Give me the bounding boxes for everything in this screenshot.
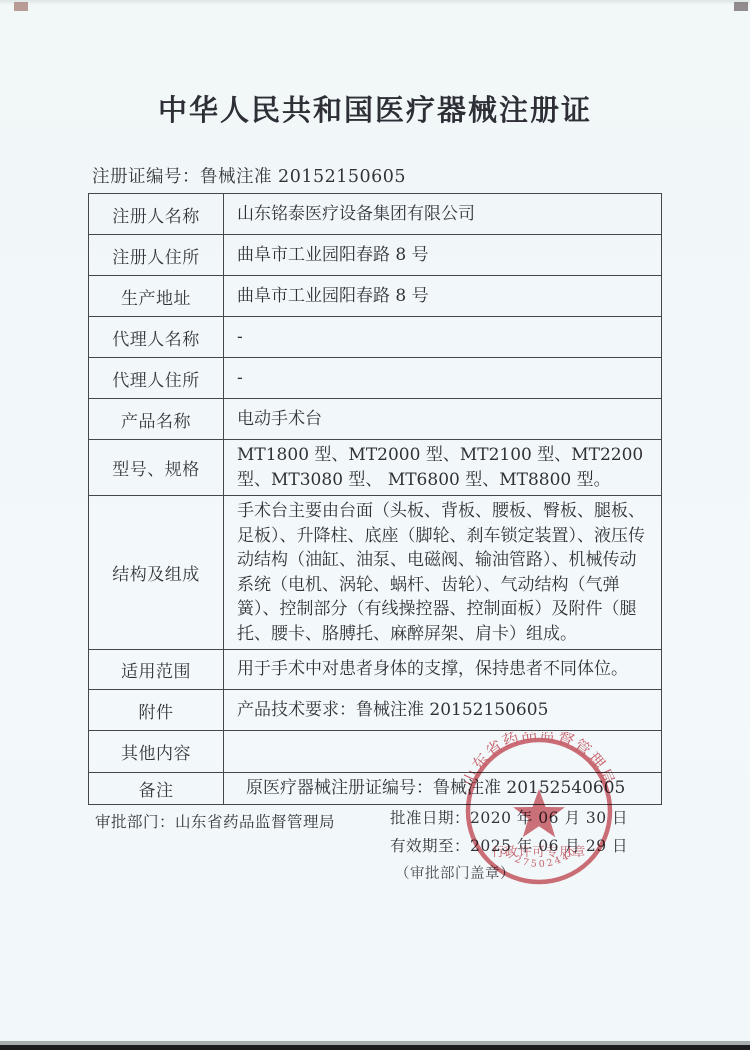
scan-edge-top	[0, 0, 750, 5]
registration-number-value: 鲁械注准 20152150605	[200, 167, 406, 187]
table-row: 注册人名称 山东铭泰医疗设备集团有限公司	[89, 194, 662, 235]
table-row: 适用范围 用于手术中对患者身体的支撑，保持患者不同体位。	[89, 650, 662, 690]
row-label: 注册人名称	[89, 194, 224, 235]
scan-edge-bottom-dark	[0, 1045, 750, 1050]
row-value: 曲阜市工业园阳春路 8 号	[224, 276, 662, 317]
table-row: 产品名称 电动手术台	[89, 399, 662, 440]
table-row: 附件 产品技术要求：鲁械注准 20152150605	[89, 690, 662, 731]
row-value: 曲阜市工业园阳春路 8 号	[224, 235, 662, 276]
row-value: 产品技术要求：鲁械注准 20152150605	[224, 690, 662, 731]
row-value: -	[224, 317, 662, 358]
table-row: 注册人住所 曲阜市工业园阳春路 8 号	[89, 235, 662, 276]
row-label: 生产地址	[89, 276, 224, 317]
registration-number-label: 注册证编号：	[92, 167, 200, 187]
row-label: 适用范围	[89, 650, 224, 690]
table-row: 代理人住所 -	[89, 358, 662, 399]
row-value: 电动手术台	[224, 399, 662, 440]
table-row: 生产地址 曲阜市工业园阳春路 8 号	[89, 276, 662, 317]
row-value: MT1800 型、MT2000 型、MT2100 型、MT2200 型、MT30…	[224, 440, 662, 496]
registration-number-line: 注册证编号：鲁械注准 20152150605	[92, 163, 406, 188]
scan-artifact-top-right	[734, 2, 748, 11]
row-label: 附件	[89, 690, 224, 731]
row-label: 代理人住所	[89, 358, 224, 399]
table-row: 代理人名称 -	[89, 317, 662, 358]
row-value: 原医疗器械注册证编号：鲁械注准 20152540605	[224, 773, 662, 805]
approval-date: 批准日期：2020 年 06 月 30 日	[390, 806, 628, 828]
row-label: 产品名称	[89, 399, 224, 440]
row-label: 代理人名称	[89, 317, 224, 358]
row-value: 手术台主要由台面（头板、背板、腰板、臀板、腿板、足板）、升降柱、底座（脚轮、刹车…	[224, 496, 662, 650]
row-value: -	[224, 358, 662, 399]
approval-department: 审批部门：山东省药品监督管理局	[95, 810, 335, 832]
row-label: 型号、规格	[89, 440, 224, 496]
table-row: 型号、规格 MT1800 型、MT2000 型、MT2100 型、MT2200 …	[89, 440, 662, 496]
seal-note: （审批部门盖章）	[395, 862, 515, 883]
row-label: 备注	[89, 773, 224, 805]
row-value: 山东铭泰医疗设备集团有限公司	[224, 194, 662, 235]
row-value: 用于手术中对患者身体的支撑，保持患者不同体位。	[224, 650, 662, 690]
row-value	[224, 731, 662, 773]
scan-artifact-top-left	[14, 2, 28, 11]
page-title: 中华人民共和国医疗器械注册证	[0, 88, 750, 129]
row-label: 结构及组成	[89, 496, 224, 650]
table-row: 其他内容	[89, 731, 662, 773]
certificate-table: 注册人名称 山东铭泰医疗设备集团有限公司 注册人住所 曲阜市工业园阳春路 8 号…	[88, 193, 662, 805]
row-label: 其他内容	[89, 731, 224, 773]
certificate-page: 中华人民共和国医疗器械注册证 注册证编号：鲁械注准 20152150605 注册…	[0, 0, 750, 1050]
valid-until: 有效期至：2025 年 06 月 29 日	[390, 834, 628, 856]
row-label: 注册人住所	[89, 235, 224, 276]
table-row: 结构及组成 手术台主要由台面（头板、背板、腰板、臀板、腿板、足板）、升降柱、底座…	[89, 496, 662, 650]
table-row: 备注 原医疗器械注册证编号：鲁械注准 20152540605	[89, 773, 662, 805]
